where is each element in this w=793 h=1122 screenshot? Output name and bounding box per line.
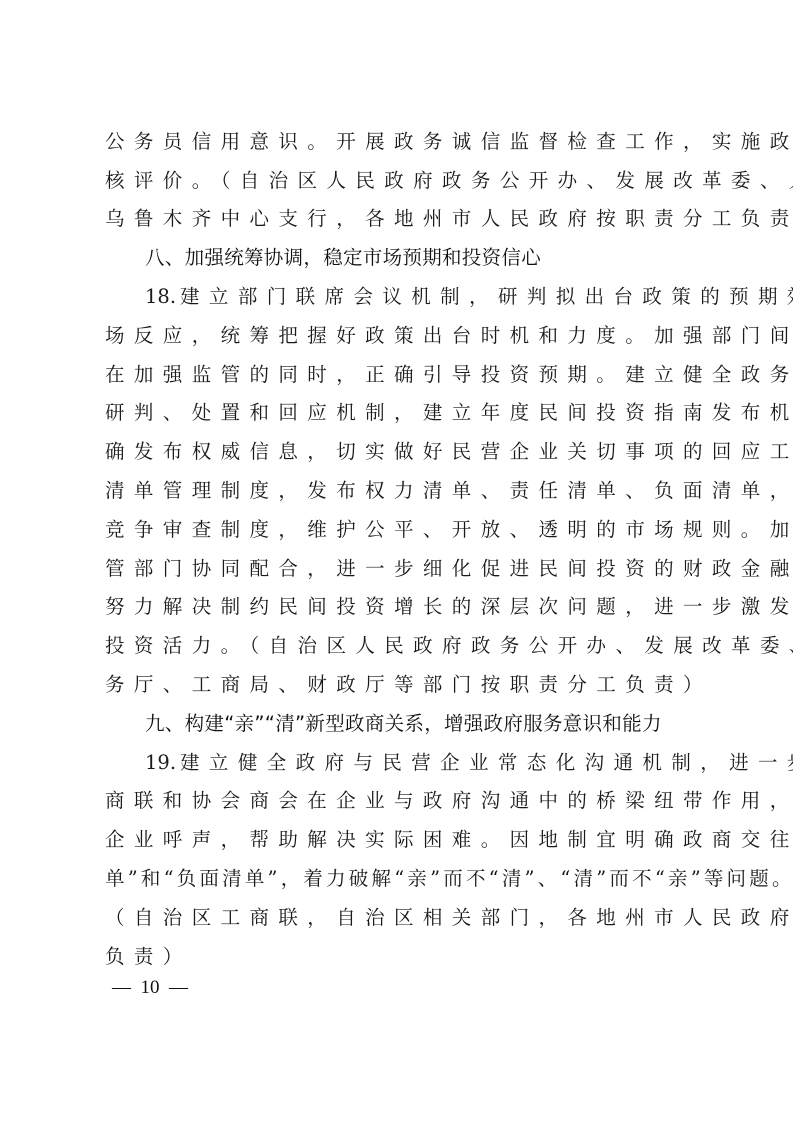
item-text: 建立部门联席会议机制，研判拟出台政策的预期效果和市: [180, 285, 793, 308]
body-line: 公务员信用意识。开展政务诚信监督检查工作，实施政务诚信考: [105, 123, 705, 161]
item-text: 建立健全政府与民营企业常态化沟通机制，进一步发挥工: [180, 751, 793, 774]
body-line: 商联和协会商会在企业与政府沟通中的桥梁纽带作用，倾听民营: [105, 782, 705, 820]
body-line: 务厅、工商局、财政厅等部门按职责分工负责）: [105, 666, 705, 704]
body-line: 竞争审查制度，维护公平、开放、透明的市场规则。加强与金融监: [105, 511, 705, 549]
body-line: 场反应，统筹把握好政策出台时机和力度。加强部门间协调配合，: [105, 317, 705, 355]
section-heading-8: 八、加强统筹协调，稳定市场预期和投资信心: [145, 239, 541, 277]
page-number: — 10 —: [112, 975, 188, 1001]
section-heading-9: 九、构建“亲”“清”新型政商关系，增强政府服务意识和能力: [145, 705, 662, 743]
body-line: 努力解决制约民间投资增长的深层次问题，进一步激发民间有效: [105, 588, 705, 626]
document-page: 公务员信用意识。开展政务诚信监督检查工作，实施政务诚信考 核评价。（自治区人民政…: [0, 0, 793, 1122]
body-line: 管部门协同配合，进一步细化促进民间投资的财政金融支持措施，: [105, 550, 705, 588]
item-number: 19.: [145, 751, 176, 774]
item-18-first-line: 18.建立部门联席会议机制，研判拟出台政策的预期效果和市: [145, 278, 705, 316]
body-line: 确发布权威信息，切实做好民营企业关切事项的回应工作。完善: [105, 433, 705, 471]
body-line: 核评价。（自治区人民政府政务公开办、发展改革委、人社厅、人行: [105, 162, 705, 200]
item-19-first-line: 19.建立健全政府与民营企业常态化沟通机制，进一步发挥工: [145, 744, 705, 782]
body-line: 清单管理制度，发布权力清单、责任清单、负面清单，严格执行公平: [105, 472, 705, 510]
body-line: 单”和“负面清单”，着力破解“亲”而不“清”、“清”而不“亲”等问题。: [105, 860, 705, 898]
body-line: 乌鲁木齐中心支行，各地州市人民政府按职责分工负责）: [105, 200, 705, 238]
body-line: 在加强监管的同时，正确引导投资预期。建立健全政务舆情收集、: [105, 356, 705, 394]
body-line: （自治区工商联，自治区相关部门，各地州市人民政府按职责分工: [105, 899, 705, 937]
item-number: 18.: [145, 285, 176, 308]
body-line: 企业呼声，帮助解决实际困难。因地制宜明确政商交往“正面清: [105, 821, 705, 859]
body-line: 研判、处置和回应机制，建立年度民间投资指南发布机制，及时准: [105, 394, 705, 432]
body-line: 投资活力。（自治区人民政府政务公开办、发展改革委、经信委、商: [105, 627, 705, 665]
body-line: 负责）: [105, 938, 705, 976]
